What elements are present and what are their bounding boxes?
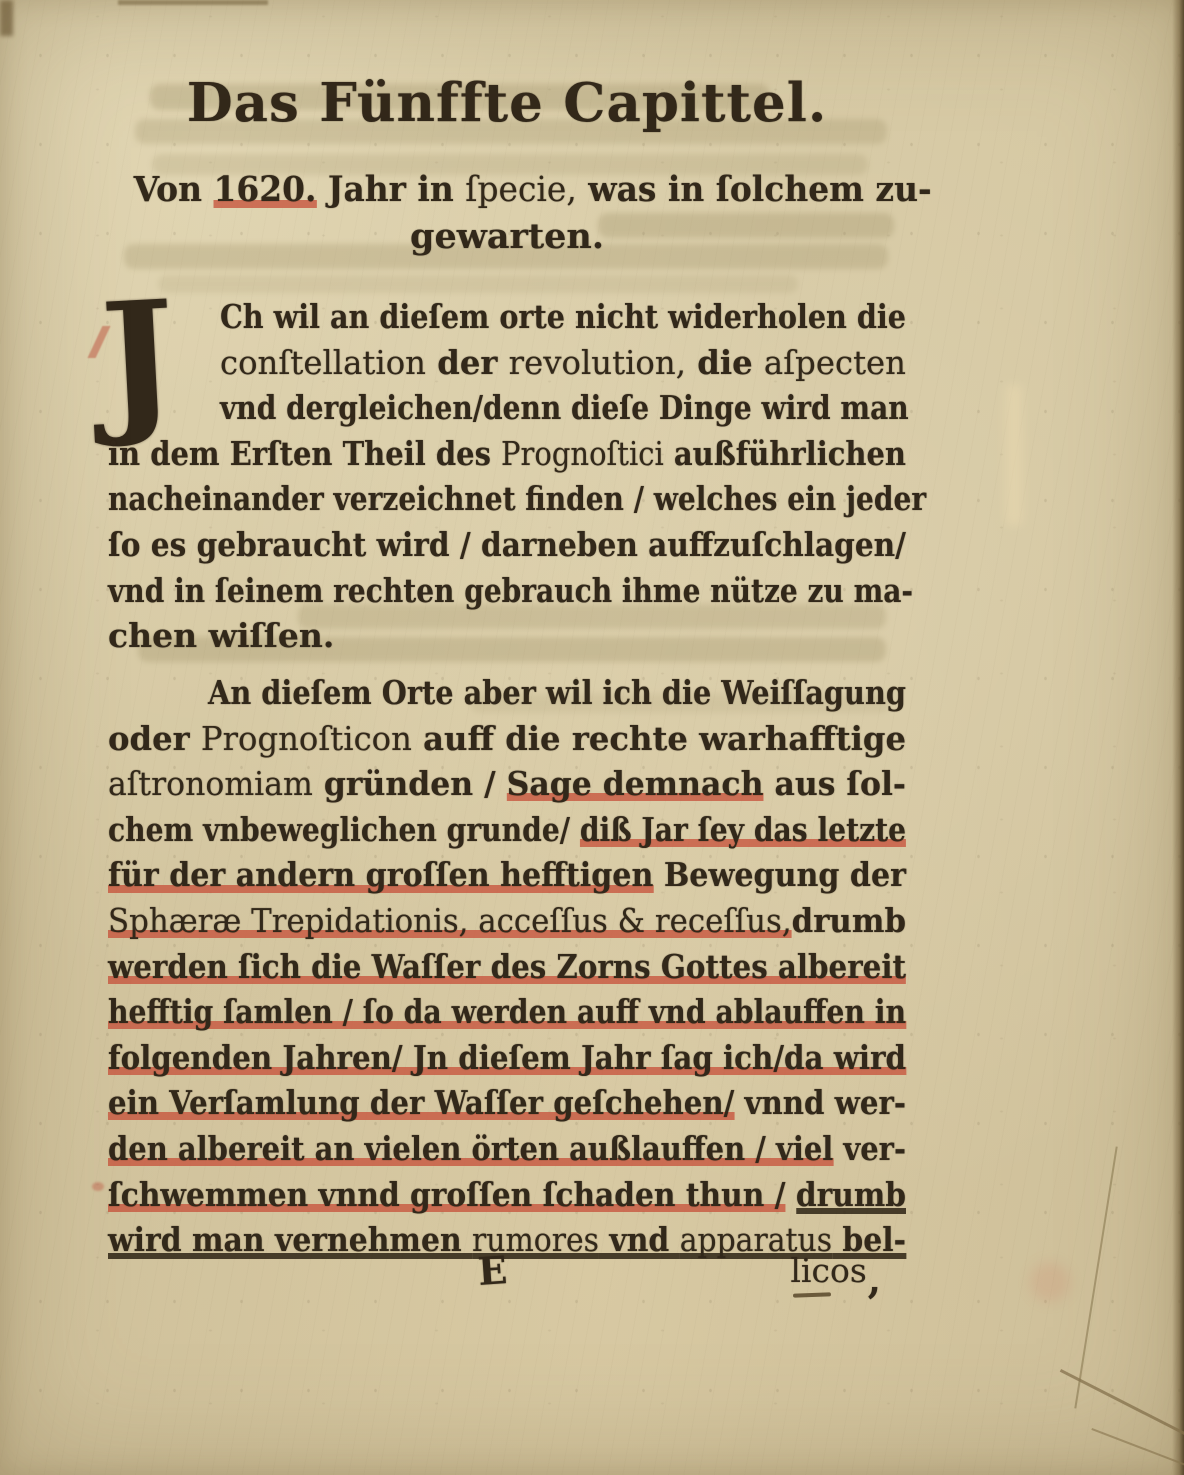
text-line-content: Von 1620. Jahr in ſpecie, was in ſolchem…: [134, 166, 932, 214]
corner-crease: [1060, 1369, 1184, 1442]
text-line: conſtellation der revolution, die aſpect…: [108, 340, 906, 386]
text-segment: Von: [134, 169, 214, 210]
underlined-text-segment: diß Jar ſey das letzte: [580, 810, 906, 849]
text-segment: chen wiſſen.: [108, 616, 334, 655]
text-segment: licos: [790, 1251, 866, 1290]
corner-crease: [1091, 1428, 1184, 1470]
text-line-content: ſchwemmen vnnd groſſen ſchaden thun / dr…: [108, 1172, 906, 1218]
chapter-subtitle: Von 1620. Jahr in ſpecie, was in ſolchem…: [108, 166, 906, 260]
underlined-text-segment: ein Verſamlung der Waſſer geſchehen/: [108, 1083, 734, 1122]
text-segment: auff die rechte warhafftige: [412, 719, 906, 758]
text-line: in dem Erſten Theil des Prognoſtici außf…: [108, 431, 906, 477]
edge-stain: [118, 0, 268, 5]
text-line: für der andern groſſen hefftigen Bewegun…: [108, 852, 906, 898]
text-line: werden ſich die Waſſer des Zorns Gottes …: [108, 944, 906, 990]
text-segment: revolution,: [509, 343, 686, 382]
page-edge: [1172, 0, 1184, 1475]
underlined-text-segment: für der andern groſſen hefftigen: [108, 855, 653, 894]
text-segment: gewarten.: [410, 216, 604, 257]
corner-stain: [0, 0, 13, 36]
text-segment: Bewegung der: [653, 855, 906, 894]
page-footer: E licos,: [108, 1246, 906, 1316]
text-line: nacheinander verzeichnet finden / welche…: [108, 476, 906, 522]
catchword: licos,: [790, 1246, 880, 1291]
text-segment: vnd dergleichen/denn dieſe Dinge wird ma…: [220, 388, 909, 427]
text-segment: der: [426, 343, 509, 382]
text-line: hefftig ſamlen / ſo da werden auff vnd a…: [108, 989, 906, 1035]
drop-cap-initial: J: [98, 282, 179, 436]
text-segment: vnd in ſeinem rechten gebrauch ihme nütz…: [108, 571, 913, 610]
text-segment: An dieſem Orte aber wil ich die Weiſſagu…: [208, 673, 906, 712]
text-line: Sphæræ Trepidationis, acceſſus & receſſu…: [108, 898, 906, 944]
text-line: den albereit an vielen örten außlauffen …: [108, 1126, 906, 1172]
text-segment: ſo es gebraucht wird / darneben auffzuſc…: [108, 525, 906, 564]
text-segment: in dem Erſten Theil des: [108, 434, 501, 473]
text-segment: Jahr in: [316, 169, 465, 210]
paragraph-2: An dieſem Orte aber wil ich die Weiſſagu…: [108, 670, 906, 1263]
underlined-text-segment: folgenden Jahren/ Jn dieſem Jahr ſag ich…: [108, 1038, 906, 1077]
text-line-content: folgenden Jahren/ Jn dieſem Jahr ſag ich…: [108, 1035, 906, 1081]
underlined-text-segment: den albereit an vielen örten außlauffen …: [108, 1129, 833, 1168]
catchword-comma: ,: [868, 1257, 881, 1302]
paper-smudge: [1030, 1262, 1070, 1302]
text-line-content: An dieſem Orte aber wil ich die Weiſſagu…: [208, 670, 906, 716]
text-line: chen wiſſen.: [108, 613, 906, 659]
show-through-text: [158, 275, 798, 293]
text-line-content: conſtellation der revolution, die aſpect…: [220, 340, 906, 386]
text-segment: was in ſolchem zu-: [577, 169, 932, 210]
underlined-text-segment: werden ſich die Waſſer des Zorns Gottes …: [108, 947, 906, 986]
underlined-text-segment: hefftig ſamlen / ſo da werden auff vnd a…: [108, 992, 906, 1031]
paragraph-1: J Ch wil an dieſem orte nicht widerholen…: [108, 294, 906, 659]
subtitle-line: gewarten.: [108, 213, 906, 260]
text-segment: [785, 1175, 795, 1214]
text-segment: gründen /: [313, 764, 507, 803]
text-line: folgenden Jahren/ Jn dieſem Jahr ſag ich…: [108, 1035, 906, 1081]
underlined-text-segment: Sphæræ Trepidationis, acceſſus & receſſu…: [108, 901, 792, 940]
text-line: vnd dergleichen/denn dieſe Dinge wird ma…: [108, 385, 906, 431]
text-line-content: gewarten.: [410, 213, 604, 260]
text-line: An dieſem Orte aber wil ich die Weiſſagu…: [108, 670, 906, 716]
paper-scratch: [1074, 1146, 1117, 1408]
text-line-content: Sphæræ Trepidationis, acceſſus & receſſu…: [108, 898, 906, 944]
margin-red-dot: [92, 1182, 104, 1191]
catchword-text: licos: [790, 1251, 866, 1290]
text-line-content: in dem Erſten Theil des Prognoſtici außf…: [108, 431, 906, 477]
text-line-content: vnd in ſeinem rechten gebrauch ihme nütz…: [108, 568, 913, 614]
text-line-content: licos: [790, 1251, 866, 1290]
text-line-content: chem vnbeweglichen grunde/ diß Jar ſey d…: [108, 807, 906, 853]
text-line-content: Das Fünffte Capittel.: [187, 60, 828, 146]
text-line: aſtronomiam gründen / Sage demnach aus ſ…: [108, 761, 906, 807]
text-line: ſchwemmen vnnd groſſen ſchaden thun / dr…: [108, 1172, 906, 1218]
text-line-content: oder Prognoſticon auff die rechte warhaf…: [108, 716, 906, 762]
text-line-content: werden ſich die Waſſer des Zorns Gottes …: [108, 944, 906, 990]
signature-mark: E: [476, 1247, 508, 1294]
underlined-text-segment: ſchwemmen vnnd groſſen ſchaden thun /: [108, 1175, 785, 1214]
text-segment: chem vnbeweglichen grunde/: [108, 810, 580, 849]
text-segment: oder: [108, 719, 201, 758]
text-segment: außführlichen: [664, 434, 906, 473]
text-segment: vnnd wer-: [734, 1083, 906, 1122]
text-segment: Ch wil an dieſem orte nicht widerholen d…: [220, 297, 906, 336]
catchword-underline-mark: [793, 1292, 831, 1297]
text-segment: drumb: [792, 901, 906, 940]
text-line-content: chen wiſſen.: [108, 613, 334, 659]
text-line-content: ein Verſamlung der Waſſer geſchehen/ vnn…: [108, 1080, 906, 1126]
underlined-text-segment: Sage demnach: [507, 764, 764, 803]
text-line: ein Verſamlung der Waſſer geſchehen/ vnn…: [108, 1080, 906, 1126]
text-line: vnd in ſeinem rechten gebrauch ihme nütz…: [108, 568, 906, 614]
text-line-content: nacheinander verzeichnet finden / welche…: [108, 476, 926, 522]
book-page: Das Fünffte Capittel. Von 1620. Jahr in …: [0, 0, 1184, 1475]
text-segment: nacheinander verzeichnet finden / welche…: [108, 479, 926, 518]
text-line: Ch wil an dieſem orte nicht widerholen d…: [108, 294, 906, 340]
text-line-content: Ch wil an dieſem orte nicht widerholen d…: [220, 294, 906, 340]
text-line-content: hefftig ſamlen / ſo da werden auff vnd a…: [108, 989, 906, 1035]
text-line-content: den albereit an vielen örten außlauffen …: [108, 1126, 906, 1172]
text-line-content: für der andern groſſen hefftigen Bewegun…: [108, 852, 906, 898]
underlined-text-segment: 1620.: [213, 169, 316, 210]
text-segment: Prognoſticon: [201, 719, 412, 758]
chapter-title: Das Fünffte Capittel.: [108, 60, 906, 146]
text-segment: ſpecie,: [465, 170, 577, 210]
text-segment: die: [686, 343, 764, 382]
text-segment: ver-: [833, 1129, 906, 1168]
text-segment: Prognoſtici: [501, 434, 664, 473]
subtitle-line: Von 1620. Jahr in ſpecie, was in ſolchem…: [108, 166, 906, 213]
text-line-content: ſo es gebraucht wird / darneben auffzuſc…: [108, 522, 906, 568]
text-segment: aſtronomiam: [108, 764, 313, 803]
text-line: oder Prognoſticon auff die rechte warhaf…: [108, 716, 906, 762]
text-segment: aſpecten: [764, 343, 906, 382]
text-line-content: vnd dergleichen/denn dieſe Dinge wird ma…: [220, 385, 909, 431]
text-segment: Das Fünffte Capittel.: [187, 72, 828, 134]
text-line: ſo es gebraucht wird / darneben auffzuſc…: [108, 522, 906, 568]
text-line-content: aſtronomiam gründen / Sage demnach aus ſ…: [108, 761, 906, 807]
underlined-text-segment: drumb: [796, 1175, 906, 1214]
chapter-title-line: Das Fünffte Capittel.: [108, 60, 906, 146]
text-line: chem vnbeweglichen grunde/ diß Jar ſey d…: [108, 807, 906, 853]
text-segment: aus ſol-: [763, 764, 906, 803]
text-segment: conſtellation: [220, 343, 426, 382]
